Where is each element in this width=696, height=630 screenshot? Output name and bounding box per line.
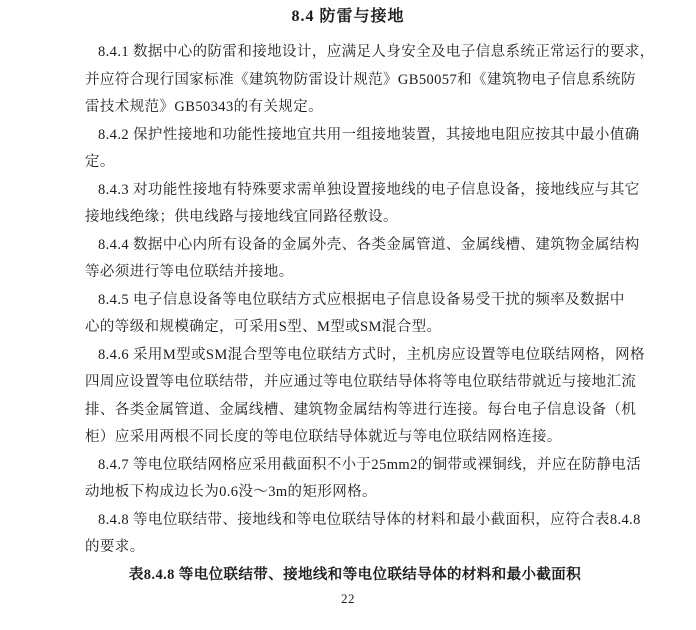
text-line: 排、各类金属管道、金属线槽、建筑物金属结构等进行连接。每台电子信息设备（机: [85, 397, 625, 425]
document-page: 8.4 防雷与接地 8.4.1 数据中心的防雷和接地设计，应满足人身安全及电子信…: [0, 0, 696, 630]
text-line: 8.4.2 保护性接地和功能性接地宜共用一组接地装置，其接地电阻应按其中最小值确: [85, 122, 625, 150]
text-line: 动地板下构成边长为0.6没～3m的矩形网格。: [85, 479, 625, 507]
text-line: 并应符合现行国家标准《建筑物防雷设计规范》GB50057和《建筑物电子信息系统防: [85, 67, 625, 95]
text-line: 柜）应采用两根不同长度的等电位联结导体就近与等电位联结网格连接。: [85, 424, 625, 452]
section-title: 8.4 防雷与接地: [0, 0, 696, 27]
table-caption: 表8.4.8 等电位联结带、接地线和等电位联结导体的材料和最小截面积: [85, 562, 625, 590]
text-line: 8.4.1 数据中心的防雷和接地设计，应满足人身安全及电子信息系统正常运行的要求…: [85, 39, 625, 67]
text-line: 四周应设置等电位联结带，并应通过等电位联结导体将等电位联结带就近与接地汇流: [85, 369, 625, 397]
page-number: 22: [0, 591, 696, 607]
text-line: 8.4.8 等电位联结带、接地线和等电位联结导体的材料和最小截面积，应符合表8.…: [85, 507, 625, 535]
text-line: 8.4.6 采用M型或SM混合型等电位联结方式时，主机房应设置等电位联结网格，网…: [85, 342, 625, 370]
text-line: 雷技术规范》GB50343的有关规定。: [85, 94, 625, 122]
text-line: 定。: [85, 149, 625, 177]
text-line: 等必须进行等电位联结并接地。: [85, 259, 625, 287]
text-line: 的要求。: [85, 534, 625, 562]
text-line: 接地线绝缘；供电线路与接地线宜同路径敷设。: [85, 204, 625, 232]
text-line: 8.4.3 对功能性接地有特殊要求需单独设置接地线的电子信息设备，接地线应与其它: [85, 177, 625, 205]
document-body: 8.4.1 数据中心的防雷和接地设计，应满足人身安全及电子信息系统正常运行的要求…: [85, 39, 625, 589]
text-line: 8.4.7 等电位联结网格应采用截面积不小于25mm2的铜带或裸铜线，并应在防静…: [85, 452, 625, 480]
text-line: 8.4.5 电子信息设备等电位联结方式应根据电子信息设备易受干扰的频率及数据中: [85, 287, 625, 315]
text-line: 8.4.4 数据中心内所有设备的金属外壳、各类金属管道、金属线槽、建筑物金属结构: [85, 232, 625, 260]
text-line: 心的等级和规模确定，可采用S型、M型或SM混合型。: [85, 314, 625, 342]
